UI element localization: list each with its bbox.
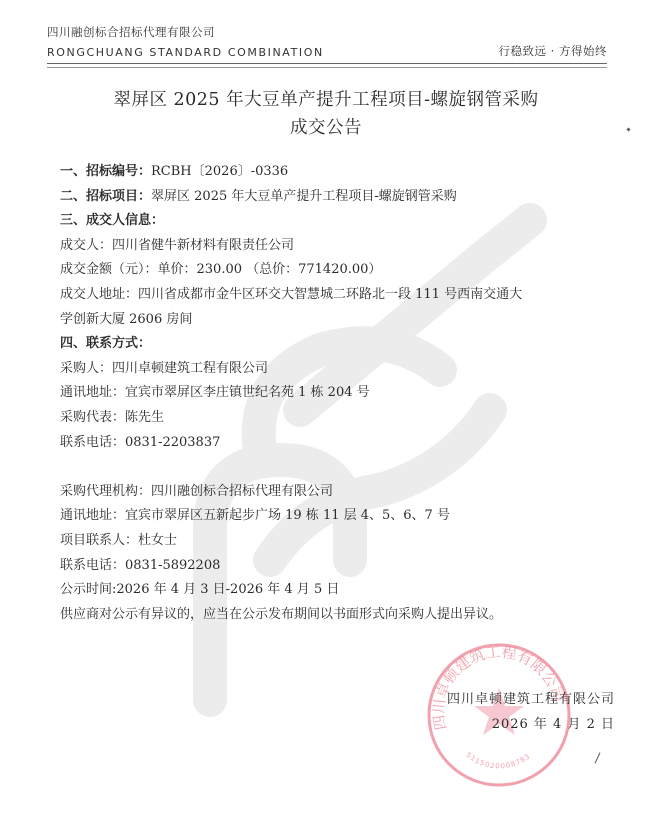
document-subtitle: 成交公告: [0, 114, 652, 139]
letterhead: 四川融创标合招标代理有限公司 RONGCHUANG STANDARD COMBI…: [47, 24, 607, 68]
bid-number-label: 一、招标编号：: [60, 164, 151, 179]
signature-company: 四川卓顿建筑工程有限公司: [400, 688, 615, 707]
purchaser-name: 采购人：四川卓顿建筑工程有限公司: [60, 357, 620, 382]
agency-name: 采购代理机构：四川融创标合招标代理有限公司: [60, 480, 620, 505]
spacer: [60, 455, 620, 480]
bid-project-label: 二、招标项目：: [60, 189, 151, 204]
contact-heading: 四、联系方式：: [60, 332, 620, 357]
winner-info-heading: 三、成交人信息：: [60, 209, 620, 234]
winning-amount: 成交金额（元）：单价：230.00 （总价：771420.00）: [60, 258, 620, 283]
letterhead-company-cn: 四川融创标合招标代理有限公司: [47, 24, 607, 40]
objection-note: 供应商对公示有异议的，应当在公示发布期间以书面形式向采购人提出异议。: [60, 603, 620, 628]
agency-phone: 联系电话：0831-5892208: [60, 554, 620, 579]
letterhead-slogan: 行稳致远 · 方得始终: [499, 43, 607, 59]
purchaser-address: 通讯地址：宜宾市翠屏区李庄镇世纪名苑 1 栋 204 号: [60, 381, 620, 406]
announcement-body: 一、招标编号：RCBH〔2026〕-0336 二、招标项目：翠屏区 2025 年…: [60, 160, 620, 627]
svg-text:5115020008783: 5115020008783: [464, 751, 532, 771]
winner-name: 成交人：四川省健牛新材料有限责任公司: [60, 234, 620, 259]
letterhead-divider: [47, 63, 607, 68]
publicity-period: 公示时间:2026 年 4 月 3 日-2026 年 4 月 5 日: [60, 578, 620, 603]
agency-address: 通讯地址：宜宾市翠屏区五新起步广场 19 栋 11 层 4、5、6、7 号: [60, 504, 620, 529]
bid-project-line: 二、招标项目：翠屏区 2025 年大豆单产提升工程项目-螺旋钢管采购: [60, 185, 620, 210]
purchaser-phone: 联系电话：0831-2203837: [60, 431, 620, 456]
bid-project-value: 翠屏区 2025 年大豆单产提升工程项目-螺旋钢管采购: [151, 189, 457, 204]
winner-address-line2: 学创新大厦 2606 房间: [60, 308, 620, 333]
bid-number-line: 一、招标编号：RCBH〔2026〕-0336: [60, 160, 620, 185]
winner-address-line1: 成交人地址：四川省成都市金牛区环交大智慧城二环路北一段 111 号西南交通大: [60, 283, 620, 308]
purchaser-representative: 采购代表：陈先生: [60, 406, 620, 431]
bid-number-value: RCBH〔2026〕-0336: [151, 164, 288, 179]
agency-contact: 项目联系人：杜女士: [60, 529, 620, 554]
letterhead-company-en: RONGCHUANG STANDARD COMBINATION: [47, 46, 324, 59]
document-title: 翠屏区 2025 年大豆单产提升工程项目-螺旋钢管采购: [0, 86, 652, 111]
scan-artifact: [595, 752, 601, 763]
signature-date: 2026 年 4 月 2 日: [400, 713, 615, 732]
